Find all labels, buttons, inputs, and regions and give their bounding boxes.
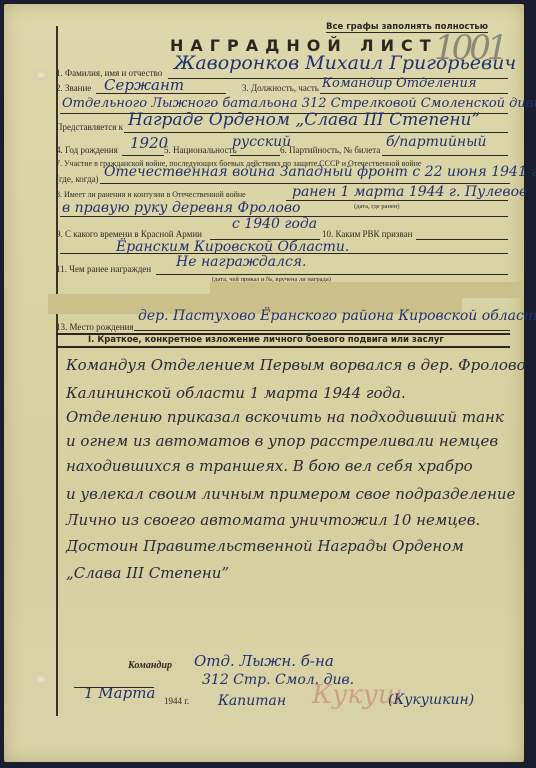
narrative-line: Отделению приказал вскочить на подходивш…: [66, 408, 504, 426]
field-13-underline: [134, 330, 510, 331]
field-1-value: Жаворонков Михаил Григорьевич: [174, 52, 516, 74]
field-3-underline: [320, 93, 508, 94]
presented-label: Представляется к: [56, 122, 123, 132]
signature-name: (Кукушкин): [388, 692, 474, 708]
award-sheet-paper: Все графы заполнять полностью НАГРАДНОЙ …: [4, 4, 524, 762]
field-5-label: 5. Национальность: [164, 145, 237, 155]
field-3-value: Командир Отделения: [322, 76, 476, 91]
field-8-underline: [286, 200, 508, 201]
field-9-value: с 1940 года: [232, 216, 317, 232]
field-11-label: 11. Чем ранее награжден: [56, 264, 151, 274]
field-7-value: Отечественная война Западный фронт с 22 …: [104, 164, 536, 180]
narrative-line: Лично из своего автомата уничтожил 10 не…: [66, 511, 480, 529]
field-5-underline: [230, 155, 280, 156]
field-8-label: 8. Имеет ли ранения и контузии в Отечест…: [56, 190, 246, 199]
field-6-label: 6. Партийность, № билета: [280, 145, 380, 155]
section-title: I. Краткое, конкретное изложение личного…: [88, 335, 444, 345]
field-4-underline: [122, 155, 164, 156]
field-11-value: Не награждался.: [176, 254, 307, 270]
field-8-hint: (дата, где ранен): [354, 203, 400, 210]
field-11-underline: [156, 274, 508, 275]
field-2-label: 2. Звание: [56, 83, 91, 93]
field-8-value: ранен 1 марта 1944 г. Пулевое: [292, 184, 527, 200]
signature-role-value-1: Отд. Лыжн. б-на: [194, 652, 334, 670]
field-10-label: 10. Каким РВК призван: [322, 229, 412, 239]
signature-date-year: 1944 г.: [164, 696, 189, 706]
narrative-line: Достоин Правительственной Награды Ордено…: [66, 537, 464, 555]
narrative-line: и огнем из автоматов в упор расстреливал…: [66, 432, 498, 450]
field-13-value: дер. Пастухово Ёранского района Кировско…: [138, 308, 536, 324]
field-6-underline: [382, 155, 508, 156]
field-10-underline: [416, 239, 508, 240]
field-13-label: 13. Место рождения: [56, 322, 134, 332]
field-2-value: Сержант: [104, 76, 184, 94]
signature-rank: Капитан: [218, 693, 286, 709]
presented-underline: [124, 132, 508, 133]
field-8-value-continued: в правую руку деревня Фролово: [62, 200, 300, 216]
field-4-value: 1920: [130, 134, 168, 152]
punch-hole: [34, 674, 48, 684]
field-3-value-continued: Отдельного Лыжного батальона 312 Стрелко…: [62, 96, 536, 111]
narrative-line: находившихся в траншеях. В бою вел себя …: [66, 457, 473, 475]
presented-value: Награде Орденом „Слава III Степени”: [128, 110, 480, 130]
field-2-underline: [96, 93, 226, 94]
field-6-value: б/партийный: [386, 134, 487, 150]
signature-date-day: 1 Марта: [84, 684, 155, 702]
narrative-line: „Слава III Степени”: [66, 564, 229, 582]
field-4-label: 4. Год рождения: [56, 145, 118, 155]
field-9-label: 9. С какого времени в Красной Армии: [56, 229, 202, 239]
section-divider: [56, 346, 510, 348]
narrative-line: Командуя Отделением Первым ворвался в де…: [66, 356, 526, 374]
punch-hole: [34, 70, 48, 80]
signature-role-label: Командир: [128, 660, 172, 671]
narrative-line: Калининской области 1 марта 1944 года.: [66, 384, 406, 402]
narrative-line: и увлекал своим личным примером свое под…: [66, 485, 515, 503]
field-7-label-where: (где, когда): [56, 174, 99, 184]
field-3-label: 3. Должность, часть: [242, 83, 319, 93]
